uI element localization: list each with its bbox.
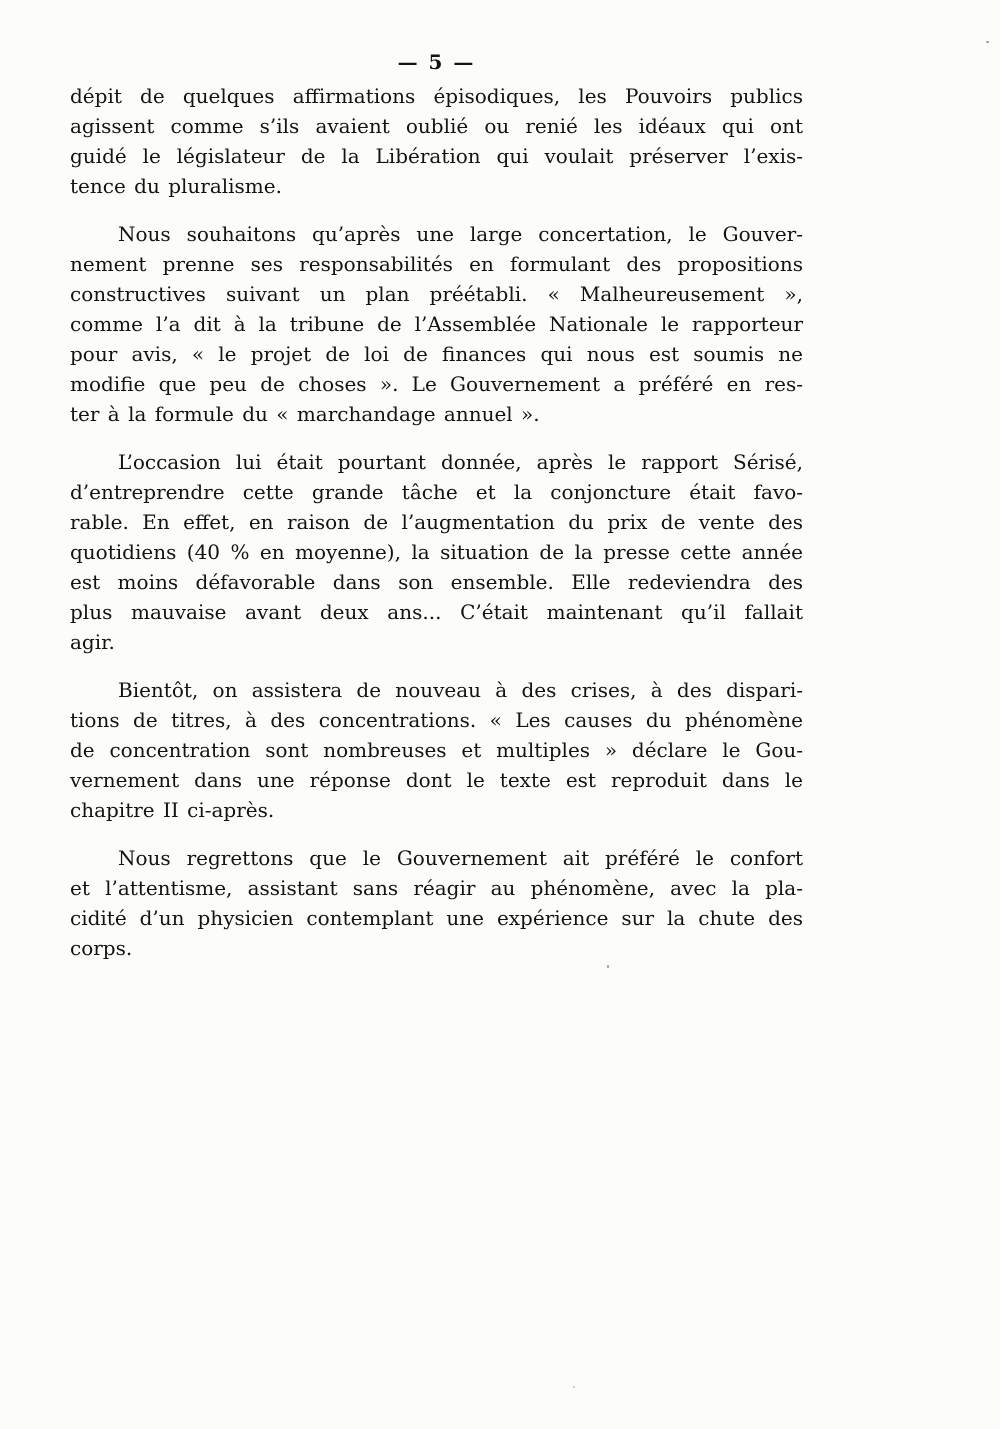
text-line: Nous souhaitons qu’après une large conce… <box>70 219 803 249</box>
text-line: et l’attentisme, assistant sans réagir a… <box>70 873 803 903</box>
text-line: agir. <box>70 627 803 657</box>
text-line: guidé le législateur de la Libération qu… <box>70 141 803 171</box>
page-number: — 5 — <box>70 50 803 74</box>
text-line: cidité d’un physicien contemplant une ex… <box>70 903 803 933</box>
paragraph: Bientôt, on assistera de nouveau à des c… <box>70 675 803 825</box>
scan-speck <box>607 965 609 968</box>
text-line: quotidiens (40 % en moyenne), la situati… <box>70 537 803 567</box>
text-line: comme l’a dit à la tribune de l’Assemblé… <box>70 309 803 339</box>
text-line: chapitre II ci-après. <box>70 795 803 825</box>
text-line: de concentration sont nombreuses et mult… <box>70 735 803 765</box>
text-line: L’occasion lui était pourtant donnée, ap… <box>70 447 803 477</box>
document-page: — 5 — dépit de quelques affirmations épi… <box>0 0 1000 1429</box>
scan-speck <box>986 41 989 43</box>
text-line: agissent comme s’ils avaient oublié ou r… <box>70 111 803 141</box>
text-line: corps. <box>70 933 803 963</box>
text-line: constructives suivant un plan préétabli.… <box>70 279 803 309</box>
text-line: rable. En effet, en raison de l’augmenta… <box>70 507 803 537</box>
text-line: d’entreprendre cette grande tâche et la … <box>70 477 803 507</box>
text-line: vernement dans une réponse dont le texte… <box>70 765 803 795</box>
text-line: modifie que peu de choses ». Le Gouverne… <box>70 369 803 399</box>
text-line: ter à la formule du « marchandage annuel… <box>70 399 803 429</box>
text-line: Nous regrettons que le Gouvernement ait … <box>70 843 803 873</box>
text-line: dépit de quelques affirmations épisodiqu… <box>70 81 803 111</box>
text-line: tions de titres, à des concentrations. «… <box>70 705 803 735</box>
paragraph: L’occasion lui était pourtant donnée, ap… <box>70 447 803 657</box>
page-content: dépit de quelques affirmations épisodiqu… <box>70 81 803 963</box>
scan-speck <box>573 1386 575 1388</box>
text-line: est moins défavorable dans son ensemble.… <box>70 567 803 597</box>
paragraph: dépit de quelques affirmations épisodiqu… <box>70 81 803 201</box>
paragraph: Nous regrettons que le Gouvernement ait … <box>70 843 803 963</box>
text-line: plus mauvaise avant deux ans... C’était … <box>70 597 803 627</box>
paragraph: Nous souhaitons qu’après une large conce… <box>70 219 803 429</box>
text-line: tence du pluralisme. <box>70 171 803 201</box>
text-line: pour avis, « le projet de loi de finance… <box>70 339 803 369</box>
text-line: nement prenne ses responsabilités en for… <box>70 249 803 279</box>
text-line: Bientôt, on assistera de nouveau à des c… <box>70 675 803 705</box>
